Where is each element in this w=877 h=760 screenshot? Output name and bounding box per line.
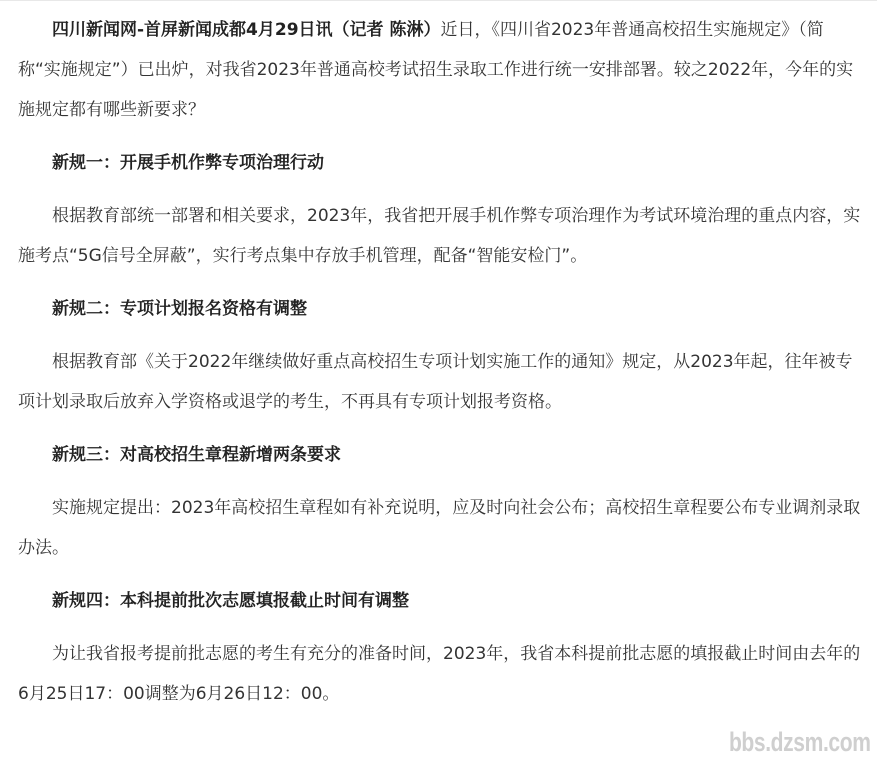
section-heading-1: 新规一：开展手机作弊专项治理行动 (18, 143, 863, 183)
section-body-4: 为让我省报考提前批志愿的考生有充分的准备时间，2023年，我省本科提前批志愿的填… (18, 634, 863, 714)
section-heading-2: 新规二：专项计划报名资格有调整 (18, 289, 863, 329)
section-heading-3: 新规三：对高校招生章程新增两条要求 (18, 435, 863, 475)
section-body-1: 根据教育部统一部署和相关要求，2023年，我省把开展手机作弊专项治理作为考试环境… (18, 196, 863, 276)
lead-paragraph: 四川新闻网-首屏新闻成都4月29日讯（记者 陈淋）近日，《四川省2023年普通高… (18, 10, 863, 130)
article-body: 四川新闻网-首屏新闻成都4月29日讯（记者 陈淋）近日，《四川省2023年普通高… (18, 10, 863, 714)
dateline: 四川新闻网-首屏新闻成都4月29日讯（记者 陈淋） (52, 20, 440, 40)
top-divider (0, 0, 877, 4)
section-heading-4: 新规四：本科提前批次志愿填报截止时间有调整 (18, 581, 863, 621)
section-body-2: 根据教育部《关于2022年继续做好重点高校招生专项计划实施工作的通知》规定，从2… (18, 342, 863, 422)
site-watermark: bbs.dzsm.com (729, 727, 871, 758)
section-body-3: 实施规定提出：2023年高校招生章程如有补充说明，应及时向社会公布；高校招生章程… (18, 488, 863, 568)
